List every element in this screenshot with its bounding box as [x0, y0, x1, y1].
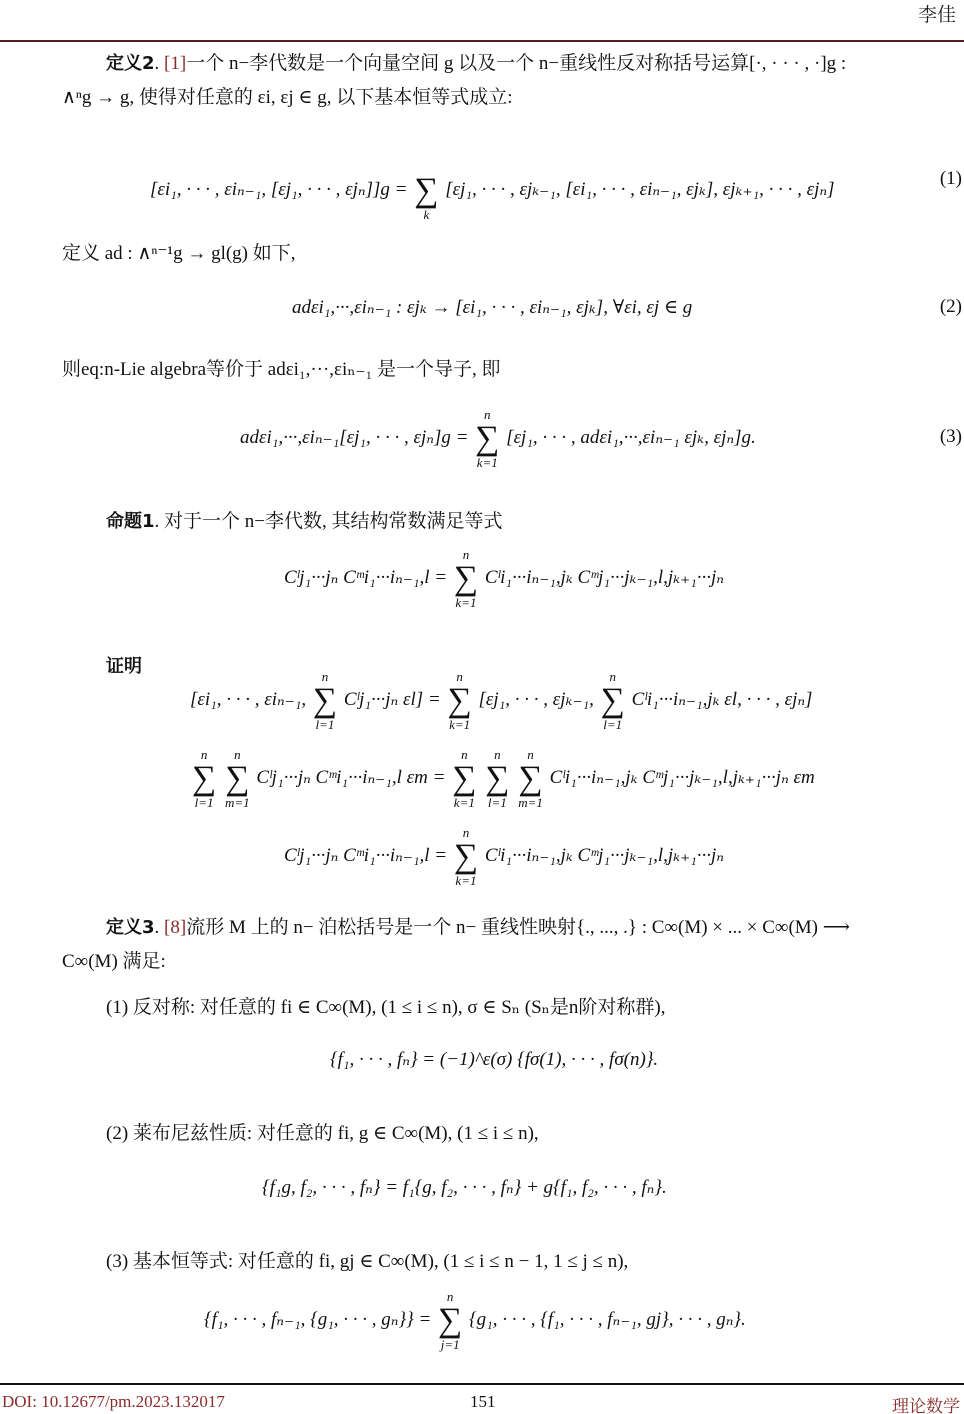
eq3-lhs: adεi₁,···,εiₙ₋₁[εj₁, · · · , εjₙ]g =	[240, 427, 468, 448]
definition3-item-3: (3) 基本恒等式: 对任意的 fi, gj ∈ C∞(M), (1 ≤ i ≤…	[106, 1246, 628, 1273]
eq3-rhs: [εj₁, · · · , adεi₁,···,εiₙ₋₁ εjₖ, εjₙ]g…	[506, 427, 756, 448]
definition3-item-1: (1) 反对称: 对任意的 fi ∈ C∞(M), (1 ≤ i ≤ n), σ…	[106, 992, 665, 1019]
definition2-line2: ∧ⁿg → g, 使得对任意的 εi, εj ∈ g, 以下基本恒等式成立:	[62, 82, 513, 109]
definition3-text-line1: 流形 M 上的 n− 泊松括号是一个 n− 重线性映射{., ..., .} :…	[186, 917, 850, 938]
definition3-line1: 定义3. [8]流形 M 上的 n− 泊松括号是一个 n− 重线性映射{., .…	[106, 912, 850, 939]
footer-rule	[0, 1383, 964, 1385]
proof-equation-line2: n∑l=1 n∑m=1 Cˡj₁···jₙ Cᵐi₁···iₙ₋₁,l εm =…	[190, 748, 815, 809]
header-rule	[0, 40, 964, 42]
sum-symbol: ∑k	[414, 160, 438, 221]
equation-number-3: (3)	[940, 426, 962, 448]
equation-1: [εi₁, · · · , εiₙ₋₁, [εj₁, · · · , εjₙ]]…	[150, 160, 930, 221]
proposition1-text: . 对于一个 n−李代数, 其结构常数满足等式	[155, 511, 503, 532]
sum-symbol: n∑k=1	[452, 748, 476, 809]
sum-symbol: n∑l=1	[485, 748, 509, 809]
definition3-item-2-equation: {f₁g, f₂, · · · , fₙ} = f₁{g, f₂, · · · …	[262, 1176, 667, 1199]
equation-number-2: (2)	[940, 296, 962, 318]
sum-symbol: n∑k=1	[447, 670, 471, 731]
proposition1-equation: Cˡj₁···jₙ Cᵐi₁···iₙ₋₁,l = n∑k=1 Cˡi₁···i…	[284, 548, 724, 609]
sum-symbol: n∑m=1	[225, 748, 250, 809]
footer-journal-link[interactable]: 理论数学	[892, 1392, 960, 1414]
equation-2: adεi₁,···,εiₙ₋₁ : εjₖ → [εi₁, · · · , εi…	[292, 296, 692, 319]
proposition1-line: 命题1. 对于一个 n−李代数, 其结构常数满足等式	[106, 506, 503, 533]
proof-equation-line3: Cˡj₁···jₙ Cᵐi₁···iₙ₋₁,l = n∑k=1 Cˡi₁···i…	[284, 826, 724, 887]
sum-symbol: n∑l=1	[313, 670, 337, 731]
sum-symbol: n∑k=1	[454, 548, 478, 609]
eq1-rhs: [εj₁, · · · , εjₖ₋₁, [εi₁, · · · , εiₙ₋₁…	[445, 179, 834, 200]
header-author: 李佳	[918, 0, 956, 27]
ad-definition-text: 定义 ad : ∧ⁿ⁻¹g → gl(g) 如下,	[62, 238, 296, 265]
equation-3: adεi₁,···,εiₙ₋₁[εj₁, · · · , εjₙ]g = n∑k…	[240, 408, 756, 469]
citation-link-8[interactable]: [8]	[164, 917, 186, 938]
sum-symbol: n∑l=1	[192, 748, 216, 809]
page-number: 151	[470, 1392, 496, 1412]
definition3-item-3-equation: {f₁, · · · , fₙ₋₁, {g₁, · · · , gₙ}} = n…	[204, 1290, 746, 1351]
definition2-text-line1: 一个 n−李代数是一个向量空间 g 以及一个 n−重线性反对称括号运算[·, ·…	[186, 53, 846, 74]
sum-symbol: n∑k=1	[475, 408, 499, 469]
definition3-item-1-equation: {f₁, · · · , fₙ} = (−1)^ε(σ) {fσ(1), · ·…	[330, 1048, 658, 1071]
definition2-line1: 定义2. [1]一个 n−李代数是一个向量空间 g 以及一个 n−重线性反对称括…	[106, 48, 846, 75]
sum-symbol: n∑j=1	[438, 1290, 462, 1351]
definition3-line2: C∞(M) 满足:	[62, 946, 166, 973]
citation-link-1[interactable]: [1]	[164, 53, 186, 74]
equation-number-1: (1)	[940, 168, 962, 190]
proof-label: 证明	[106, 652, 142, 678]
sum-symbol: n∑k=1	[454, 826, 478, 887]
sum-symbol: n∑m=1	[518, 748, 543, 809]
footer-doi-link[interactable]: DOI: 10.12677/pm.2023.132017	[2, 1392, 225, 1412]
proposition1-label: 命题1	[106, 511, 155, 532]
definition3-label: 定义3	[106, 917, 155, 938]
definition2-label: 定义2	[106, 53, 155, 74]
sum-symbol: n∑l=1	[601, 670, 625, 731]
eq1-lhs: [εi₁, · · · , εiₙ₋₁, [εj₁, · · · , εjₙ]]…	[150, 179, 407, 200]
definition3-item-2: (2) 莱布尼兹性质: 对任意的 fi, g ∈ C∞(M), (1 ≤ i ≤…	[106, 1118, 539, 1145]
proof-equation-line1: [εi₁, · · · , εiₙ₋₁, n∑l=1 Cˡj₁···jₙ εl]…	[190, 670, 812, 731]
equivalence-text: 则eq:n-Lie algebra等价于 adεi₁,···,εiₙ₋₁ 是一个…	[62, 354, 500, 381]
